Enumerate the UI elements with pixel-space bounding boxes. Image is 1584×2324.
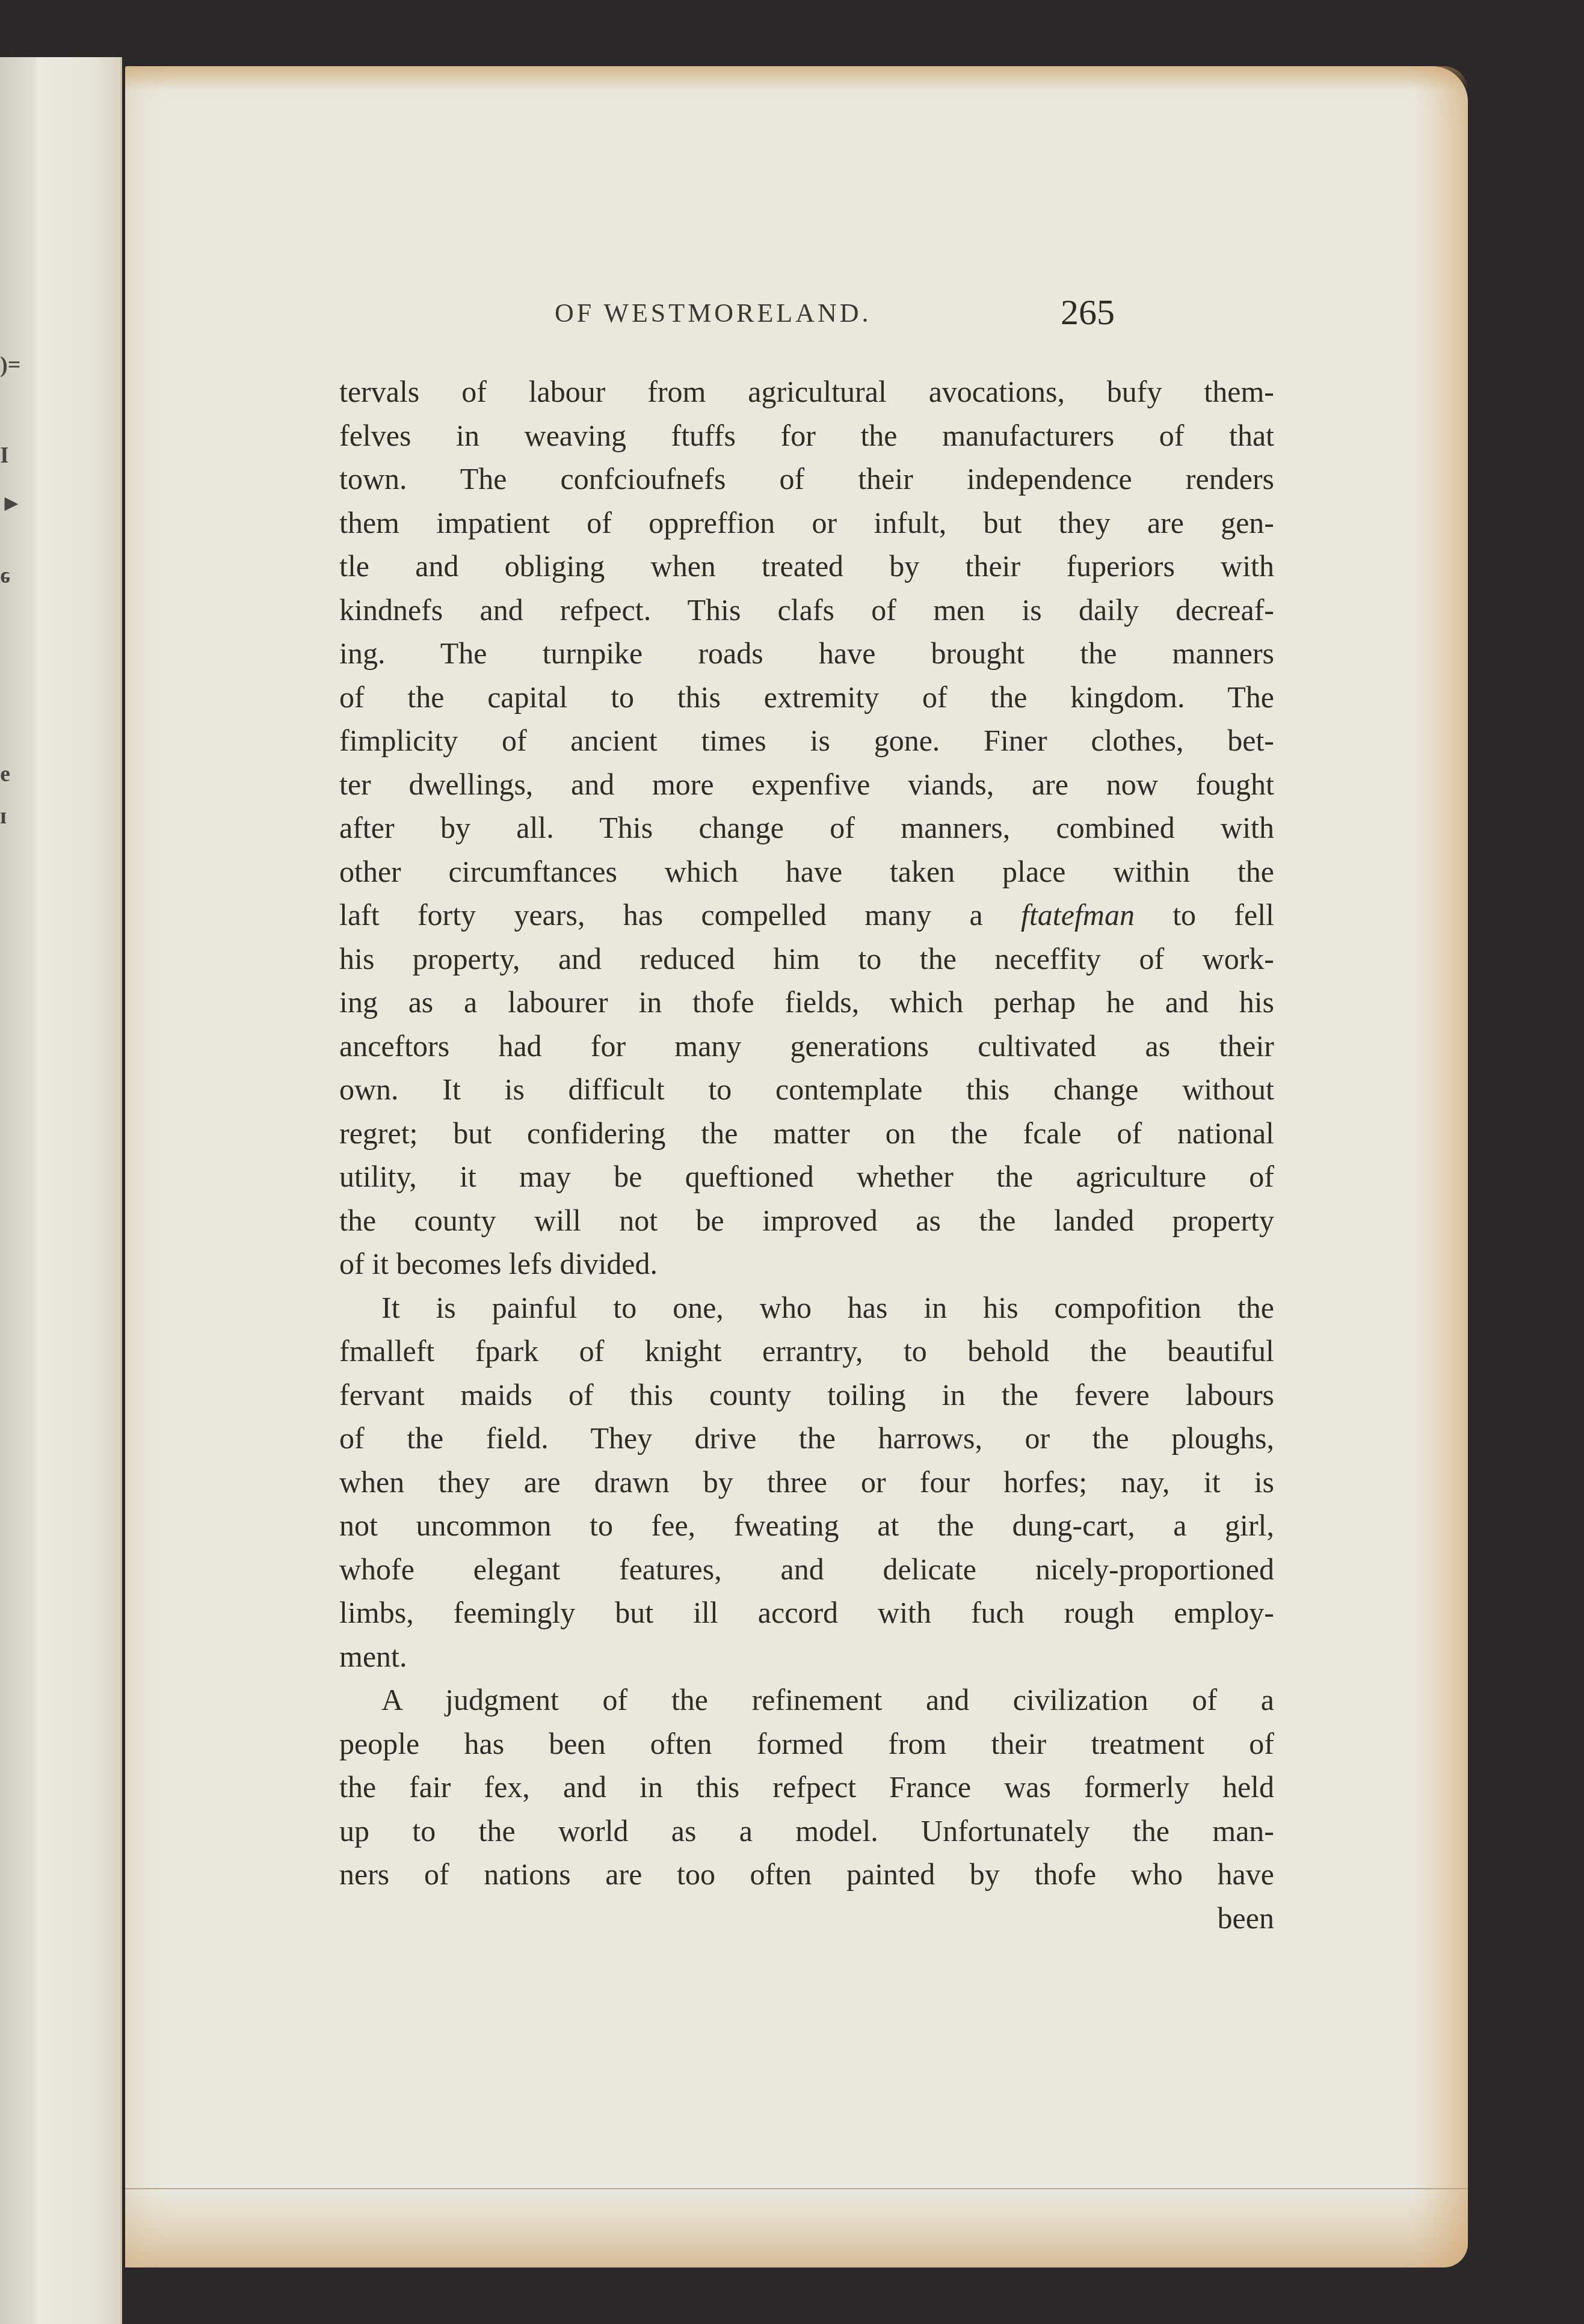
- text-line: of it becomes lefs divided.: [339, 1242, 1274, 1286]
- text-line-with-italic: laft forty years, has compelled many a f…: [339, 893, 1274, 937]
- text-line: the fair fex, and in this refpect France…: [339, 1765, 1274, 1809]
- text-line: fimplicity of ancient times is gone. Fin…: [339, 719, 1274, 763]
- text-line: the county will not be improved as the l…: [339, 1199, 1274, 1243]
- text-line: ners of nations are too often painted by…: [339, 1852, 1274, 1896]
- text-line: A judgment of the refinement and civiliz…: [339, 1678, 1274, 1722]
- text-line: of the field. They drive the harrows, or…: [339, 1416, 1274, 1460]
- text-line: people has been often formed from their …: [339, 1722, 1274, 1766]
- show-through-text: ɘ: [0, 761, 10, 787]
- text-line: felves in weaving ftuffs for the manufac…: [339, 414, 1274, 458]
- show-through-text: I: [0, 442, 9, 469]
- text-span: to fell: [1135, 898, 1274, 932]
- text-line: up to the world as a model. Unfortunatel…: [339, 1809, 1274, 1853]
- text-line: of the capital to this extremity of the …: [339, 675, 1274, 719]
- text-span: laft forty years, has compelled many a: [339, 898, 1021, 932]
- body-text: tervals of labour from agricultural avoc…: [339, 370, 1274, 1940]
- text-line: them impatient of oppreffion or infult, …: [339, 501, 1274, 545]
- text-line: when they are drawn by three or four hor…: [339, 1460, 1274, 1504]
- text-line: ment.: [339, 1635, 1274, 1679]
- text-line: town. The confcioufnefs of their indepen…: [339, 457, 1274, 501]
- show-through-text: ◄: [0, 490, 23, 517]
- show-through-text: ɪ: [0, 803, 7, 829]
- text-line: his property, and reduced him to the nec…: [339, 937, 1274, 981]
- text-line: anceftors had for many generations culti…: [339, 1024, 1274, 1068]
- text-line: utility, it may be queftioned whether th…: [339, 1155, 1274, 1199]
- book-page: OF WESTMORELAND. 265 tervals of labour f…: [125, 66, 1468, 2267]
- catchword: been: [339, 1896, 1274, 1940]
- text-line: It is painful to one, who has in his com…: [339, 1286, 1274, 1330]
- text-line: after by all. This change of manners, co…: [339, 806, 1274, 850]
- text-line: regret; but confidering the matter on th…: [339, 1111, 1274, 1155]
- text-line: whofe elegant features, and delicate nic…: [339, 1548, 1274, 1591]
- text-line: ing as a labourer in thofe fields, which…: [339, 980, 1274, 1024]
- text-line: kindnefs and refpect. This clafs of men …: [339, 588, 1274, 632]
- text-line: limbs, feemingly but ill accord with fuc…: [339, 1591, 1274, 1635]
- text-line: tervals of labour from agricultural avoc…: [339, 370, 1274, 414]
- text-line: other circumftances which have taken pla…: [339, 850, 1274, 894]
- page-bottom-edge: [125, 2188, 1468, 2267]
- running-head-title: OF WESTMORELAND.: [555, 298, 872, 328]
- text-line: ter dwellings, and more expenfive viands…: [339, 763, 1274, 807]
- text-line: tle and obliging when treated by their f…: [339, 544, 1274, 588]
- facing-page-strip: [0, 57, 36, 2324]
- text-line: fervant maids of this county toiling in …: [339, 1373, 1274, 1417]
- text-line: ing. The turnpike roads have brought the…: [339, 632, 1274, 675]
- text-line: not uncommon to fee, fweating at the dun…: [339, 1504, 1274, 1548]
- show-through-text: =(: [0, 352, 20, 378]
- italic-term-statesman: ftatefman: [1021, 898, 1135, 932]
- facing-page-edge: =( I ◄ ə ɘ ɪ: [0, 57, 122, 2324]
- show-through-text: ə: [0, 562, 10, 589]
- text-line: fmalleft fpark of knight errantry, to be…: [339, 1329, 1274, 1373]
- text-line: own. It is difficult to contemplate this…: [339, 1068, 1274, 1111]
- page-number: 265: [1061, 292, 1115, 333]
